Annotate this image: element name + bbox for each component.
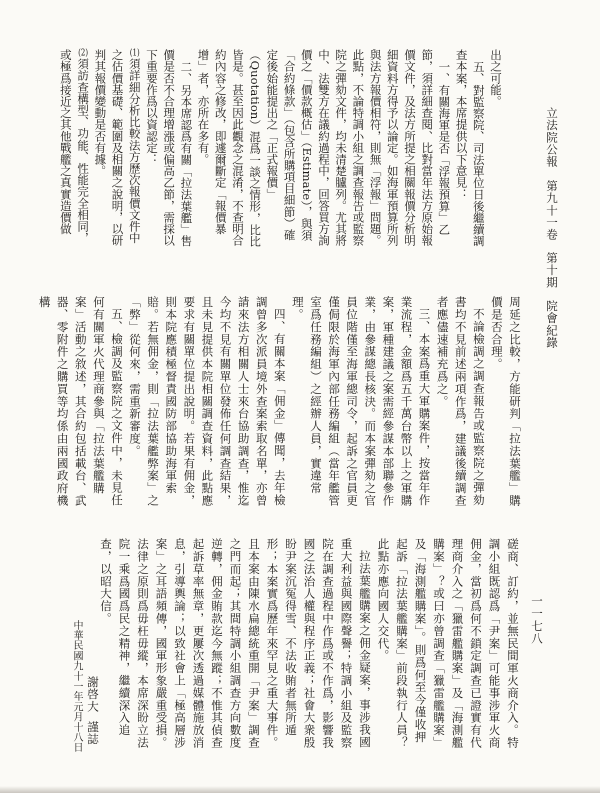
volume-label: 第九十一卷 <box>545 180 559 241</box>
paragraph: (2)須訪查構型、功能、性能完全相同，或極爲接近之其他戰艦之真實造價做 <box>57 49 91 247</box>
paragraph: 周延之比較，方能研判「拉法葉艦」購價是否合理。 <box>488 296 524 509</box>
signature-date: 中華民國九十一年元月十八日 <box>69 620 84 753</box>
text-band-1: 出之可能。五、對監察院、司法單位日後繼續調查本案，本席提供以下意見：一、有關海軍… <box>57 49 504 247</box>
paragraph: 磋商、訂約，並無民間軍火商介入。特調小組既認爲「尹案」可能事涉軍火商佣金，當初爲… <box>374 538 522 751</box>
paragraph: 三、本案爲重大軍購案件，按當年作業流程，金額爲五千萬台幣以上之軍購案，軍種建議之… <box>289 296 434 509</box>
paragraph: 五、檢調及監察院之文件中，未見任何有關軍火代理商參與「拉法葉艦購案」活動之敘述，… <box>35 296 125 509</box>
paragraph: (1)須詳細分析比較法方歷次報價文件中之估價基礎、範圍及相關之說明，以研判其報價… <box>91 49 143 247</box>
section-label: 院會紀錄 <box>545 300 559 348</box>
paragraph: 四、有關本案「佣金」傳聞，去年檢調曾多次派員境外查案索取名單，亦曾請來法方相關人… <box>126 296 289 509</box>
paragraph: 一、有關海軍是否「浮報預算」乙節，須詳細查閱、比對當年法方原始報價文件，及法方所… <box>194 49 452 247</box>
signature-honorific: 謹誌 <box>86 721 100 745</box>
page-number: 一一七八 <box>529 595 545 645</box>
gazette-page: 立法院公報第九十一卷第十期院會紀錄 一一七八 出之可能。五、對監察院、司法單位日… <box>0 0 600 793</box>
paragraph: 拉法葉艦購案之佣金疑案，事涉我國重大利益與國際聲譽；特調小組及監察院在調查過程中… <box>97 538 375 751</box>
item-number: (2) <box>78 49 88 58</box>
gazette-title: 立法院公報 <box>545 107 559 168</box>
page-header: 立法院公報第九十一卷第十期院會紀錄 <box>544 107 560 387</box>
paragraph: 五、對監察院、司法單位日後繼續調查本案，本席提供以下意見： <box>452 49 486 247</box>
signature-line: 謝啓大謹誌 <box>85 676 101 746</box>
item-number: (1) <box>130 49 140 58</box>
text-band-2: 周延之比較，方能研判「拉法葉艦」購價是否合理。不論檢調之調查報告或監察院之彈劾書… <box>35 296 524 509</box>
paragraph: 二、另本席認爲有關「拉法葉艦」售價是否不合理增漲或偏高乙節，需採以下重要作爲以資… <box>143 49 195 247</box>
signature-name: 謝啓大 <box>86 676 100 712</box>
paragraph: 不論檢調之調查報告或監察院之彈劾書均不見前述兩項作爲，建議後續調查者應儘速補充爲… <box>434 296 488 509</box>
text-band-3: 磋商、訂約，並無民間軍火商介入。特調小組既認爲「尹案」可能事涉軍火商佣金，當初爲… <box>97 538 523 751</box>
scan-edge <box>0 786 600 793</box>
issue-label: 第十期 <box>545 252 559 288</box>
paragraph: 出之可能。 <box>487 49 504 247</box>
